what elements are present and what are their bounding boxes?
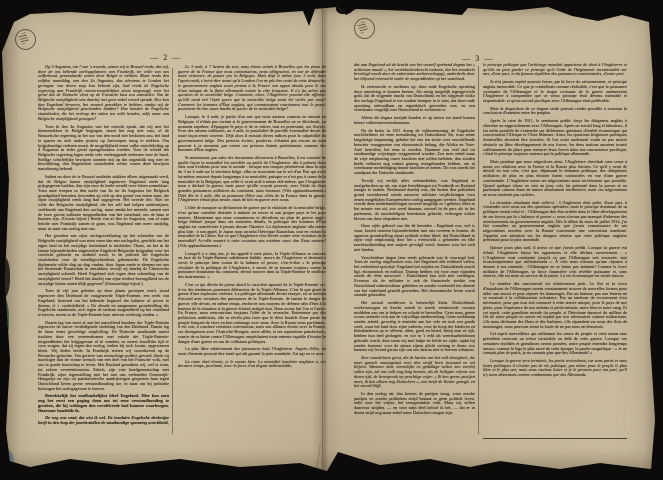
paragraph: La route était étroite, je le savais bie… bbox=[178, 360, 326, 369]
green-edge-stain-left bbox=[0, 297, 9, 343]
paragraph: Mais la disparition de ce dogme seule po… bbox=[483, 107, 627, 116]
paragraph: Daarin lag van meet af aan het aanvallen… bbox=[38, 321, 169, 392]
paragraph: De weg was smal, dat wist ik wel. De ins… bbox=[38, 416, 169, 425]
paragraph: Alleen dit dogma terzijde konden er op n… bbox=[354, 116, 475, 125]
paper-sheet: — 2 — — 3 — Op 3 Augustus, om 7 uur 's a… bbox=[0, 0, 663, 480]
paragraph: Cet esprit merveilleux qui enflamme les … bbox=[483, 332, 627, 356]
paragraph: La situation résultante était celle-ci :… bbox=[483, 201, 627, 243]
paragraph: Indien nu door de te Brussel ontdekte st… bbox=[38, 175, 169, 232]
paragraph: Op 3 Augustus, om 7 uur 's avonds, wiste… bbox=[38, 65, 169, 122]
page2-french-column: Le 3 août, à 7 heures du soir, nous étio… bbox=[178, 65, 326, 439]
page-number-left: — 2 — bbox=[130, 53, 202, 62]
paragraph: Onze zijde gebood van die de kernidee : … bbox=[354, 224, 475, 252]
green-edge-stain-right bbox=[651, 306, 663, 342]
paragraph: Ik vertrouwde er nochtans op, deze oude … bbox=[354, 85, 475, 113]
paragraph: Toen ik den 4n Augustus van het onrecht … bbox=[38, 125, 169, 172]
circular-ink-stamp-icon bbox=[352, 16, 377, 41]
paragraph: Zeer wonderbare geest, die de harten van… bbox=[354, 356, 475, 389]
paragraph: L'idée de masquer sa déclaration de guer… bbox=[178, 206, 326, 248]
paragraph: Lorsqu'il y a cinq ans, je fus appelé à … bbox=[178, 252, 326, 280]
paragraph: Si maintenant, par suite des documents d… bbox=[178, 156, 326, 203]
end-of-text-rule bbox=[483, 438, 627, 439]
paragraph: Le nombre des sans-travail est relativem… bbox=[483, 282, 627, 329]
paragraph: Mais pendant que nous négociions ainsi, … bbox=[483, 160, 627, 198]
page3-dutch-column: dat aan Engeland uit de kracht van het v… bbox=[354, 63, 475, 439]
torn-edge-blob bbox=[336, 1, 353, 14]
paragraph: Je n'ai jamais espéré pouvoir briser, pa… bbox=[483, 80, 627, 104]
paragraph: Quinze jours plus tard, il arriva ce que… bbox=[483, 246, 627, 279]
blue-corner-stain bbox=[0, 449, 14, 475]
page3-french-column: le principe politique que l'arbitrage mo… bbox=[483, 63, 627, 439]
paragraph: C'est ce qui décela de prime abord le ca… bbox=[178, 283, 326, 344]
paragraph: le principe politique que l'arbitrage mo… bbox=[483, 63, 627, 77]
paragraph: Le 3 août, à 7 heures du soir, nous étio… bbox=[178, 65, 326, 112]
paragraph: Na de krisis in 1911 droeg de volksstemm… bbox=[354, 129, 475, 176]
paragraph: Terwijl wij eerlijk alles verhandelden, … bbox=[354, 179, 475, 221]
paragraph: Lorsque, le 4 août, je parlai d'un tort … bbox=[178, 115, 326, 153]
scan-canvas: — 2 — — 3 — Op 3 Augustus, om 7 uur 's a… bbox=[0, 0, 663, 480]
paragraph: In den oorlog uit, dan keeren de partije… bbox=[354, 392, 475, 416]
paragraph: Verscheidene dagen later reeds gebeurde … bbox=[354, 256, 475, 298]
circular-ink-stamp-icon bbox=[13, 27, 38, 52]
paragraph: Après la crise de 1911, le sentiment pub… bbox=[483, 119, 627, 157]
paragraph: Het gronden van zijne oorlogsverklaring … bbox=[38, 234, 169, 286]
paragraph: Betrekkelijk het onafhankelijkst bleef E… bbox=[38, 394, 169, 413]
page-number-right: — 3 — bbox=[442, 54, 514, 63]
paragraph: dat aan Engeland uit de kracht van het v… bbox=[354, 63, 475, 82]
column-rule-page2 bbox=[172, 68, 173, 434]
dark-edge-stain bbox=[0, 256, 10, 298]
paragraph: La plus libre relativement des puissance… bbox=[178, 347, 326, 356]
paragraph: Lorsque la guerre sera terminée, les par… bbox=[483, 359, 627, 378]
column-rule-page3 bbox=[478, 66, 479, 434]
paragraph: Toen ik vijf jaar geleden op deze plaats… bbox=[38, 289, 169, 317]
page2-dutch-column: Op 3 Augustus, om 7 uur 's avonds, wiste… bbox=[38, 65, 169, 439]
paragraph: Het sociaal werkleven is betreurlijk kle… bbox=[354, 301, 475, 353]
